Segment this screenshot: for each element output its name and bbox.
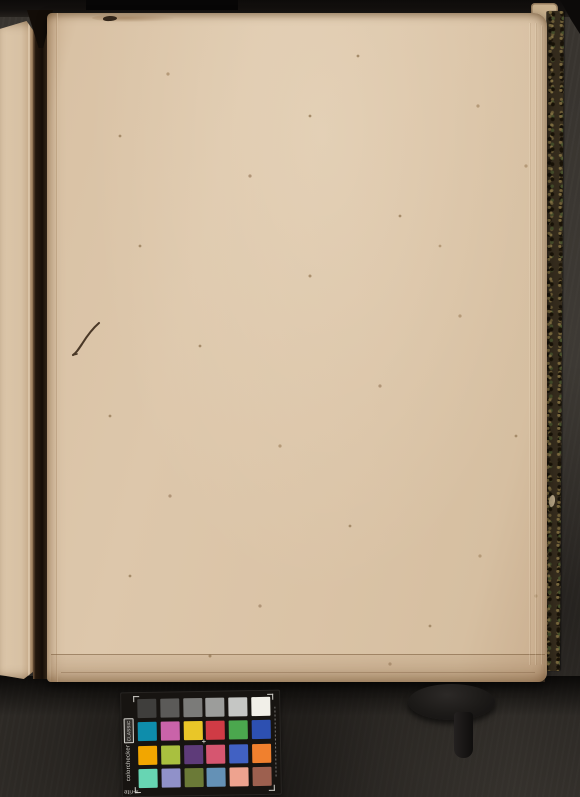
cradle-knob-stem — [454, 712, 473, 758]
color-patch — [252, 767, 271, 786]
book-gutter-shadow — [33, 14, 48, 679]
color-patch — [206, 698, 225, 717]
color-patch — [138, 722, 157, 741]
color-patch — [138, 746, 157, 765]
gutter-crease-line — [56, 13, 58, 682]
right-fine-print — [274, 707, 276, 777]
corner-tick — [135, 787, 141, 793]
paper-speckles — [47, 13, 49, 15]
color-patch — [184, 768, 203, 787]
color-patch — [183, 721, 202, 740]
blank-book-page — [47, 13, 547, 682]
center-cross: + — [202, 738, 207, 746]
photo-scene: colorchecker CLASSIC x-rite + — [0, 0, 580, 797]
page-stack-lines-bottom — [51, 654, 545, 682]
color-patch — [160, 698, 179, 717]
color-patch — [252, 744, 271, 763]
colorchecker-text: colorchecker — [126, 745, 134, 782]
color-patch — [137, 699, 156, 718]
color-patch — [184, 745, 203, 764]
color-patch — [161, 769, 180, 788]
backdrop-top-dark-block — [86, 0, 238, 10]
color-patch — [138, 769, 157, 788]
color-patch — [206, 744, 225, 763]
color-checker: colorchecker CLASSIC x-rite + — [120, 690, 282, 797]
color-patch — [229, 721, 248, 740]
color-patch — [228, 697, 247, 716]
color-patch — [183, 698, 202, 717]
cradle-knob-disc — [408, 684, 495, 720]
color-patch — [160, 722, 179, 741]
left-page-edge — [0, 21, 34, 679]
color-patch — [230, 767, 249, 786]
color-patch — [207, 768, 226, 787]
corner-tick — [267, 694, 273, 700]
left-page-bevel — [28, 21, 30, 679]
corner-tick — [269, 785, 275, 791]
color-patch — [161, 745, 180, 764]
page-stack-lines-right — [529, 23, 545, 665]
color-patch — [206, 721, 225, 740]
classic-badge: CLASSIC — [124, 718, 134, 743]
fiber-mark — [69, 319, 109, 361]
corner-tick — [133, 696, 139, 702]
colorchecker-wordmark: colorchecker CLASSIC — [123, 701, 134, 781]
color-patch — [252, 720, 271, 739]
color-patch — [229, 744, 248, 763]
